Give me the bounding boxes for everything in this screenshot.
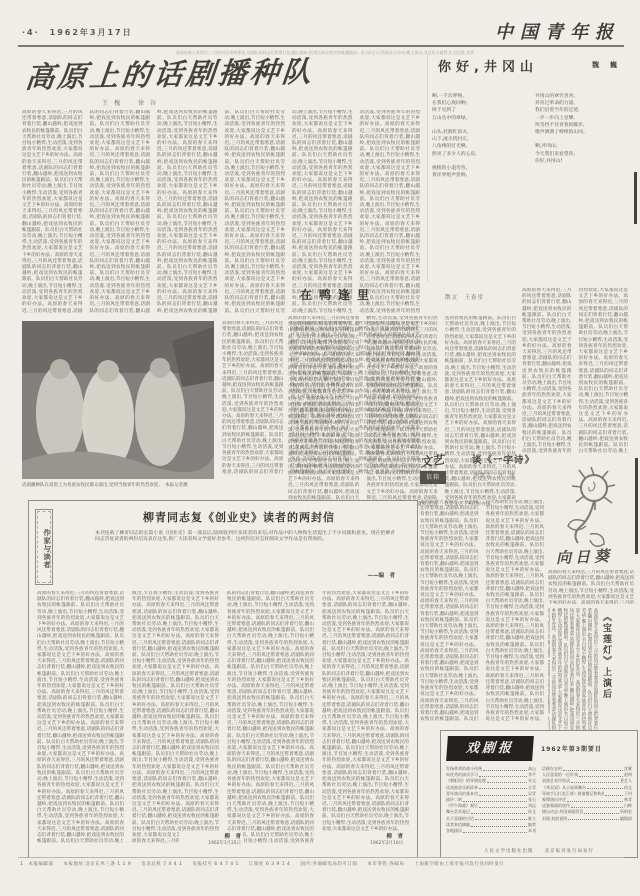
mailbox-logo: 文艺 信箱: [420, 450, 464, 490]
photo-image: [22, 321, 214, 479]
poem-body: 啊,一千次呼唤,在我们心底回响;终于见到了万山丛中的翠绿。 山头,杜鹃红似火,山…: [432, 93, 630, 281]
mailbox-article-body: 高原的春天来得迟,三月的风还带着寒意,话剧队的同志们背着行装,翻山越岭,把戏送到…: [420, 500, 544, 728]
drama-journal-footer: 人民文学出版社出版 北京报刊发行局发行: [441, 848, 637, 854]
scan-artifact-strip: [634, 172, 637, 224]
lead-article-title: 高原上的话剧播种队: [24, 49, 359, 97]
drama-toc-right: 话剧在农村沈雁人民喜爱的一出好戏赵明表演艺术经验谈老艺人《李双双》从小说到舞台何…: [542, 766, 632, 838]
vertical-feature-body: 高原的春天来得迟,三月的风还带着寒意,话剧队的同志们背着行装,翻山越岭,把戏送到…: [548, 608, 598, 730]
photo-caption: 话剧播种队在高原上为各族农牧民群众演出,受到当地青年的热烈欢迎。 本报记者摄: [22, 483, 290, 489]
editor-note: 本刊连载了柳青同志的长篇小说《创业史》第一部以后,陆续收到许多读者的来信,对作品…: [95, 531, 395, 544]
sunflower-title: 向日葵: [556, 545, 614, 568]
masthead-title: 中国青年报: [495, 18, 620, 44]
poem-author: 魏 巍: [592, 60, 619, 70]
mailbox-logo-bottom: 信箱: [420, 471, 446, 484]
page-footer-line: 1 本报编辑部 本报地址:北京东单三条 1 1 9 电话总机 7 4 4 1 电…: [20, 861, 624, 867]
letters-feature-box: 作家与读者 柳青同志复《创业史》读者的两封信 本刊连载了柳青同志的长篇小说《创业…: [28, 500, 418, 858]
right-continuation-columns: 高原的春天来得迟,三月的风还带着寒意,话剧队的同志们背着行装,翻山越岭,把戏送到…: [522, 288, 628, 456]
mailbox-logo-top: 文艺: [419, 450, 445, 470]
essay-title: 在鸭逢里: [300, 286, 376, 303]
issue-date: 1962年3月17日: [50, 28, 133, 37]
mailbox-article-title: 谈《一字诗》: [472, 452, 535, 466]
footer-rule: [18, 857, 624, 858]
scan-artifact-strip: [635, 458, 638, 554]
letter-signature-2: 柳 青 1962年2月10日: [341, 831, 405, 847]
performance-photo: [22, 321, 214, 479]
vertical-feature-title: 《宝莲灯》上演后: [600, 612, 613, 724]
drama-journal-masthead: 戏剧报: [446, 736, 534, 761]
mailbox-article-byline: 内蒙古 齐 风: [474, 472, 516, 479]
letter-date-1: 1962年1月25日: [181, 840, 241, 846]
lead-article-byline: 王槐 徐谷: [102, 98, 162, 107]
drama-journal-ad-box: 戏剧报 1962年第3期要目 发扬革命的战斗传统高山向优秀的演员学习李平《朝阳沟…: [440, 730, 638, 858]
drama-toc-left: 发扬革命的战斗传统高山向优秀的演员学习李平《朝阳沟》的导演处理亦文谈戏曲音乐的改…: [446, 766, 536, 838]
sunflower-illustration: [548, 460, 634, 556]
header-rule: [18, 45, 624, 47]
column-rule: [427, 54, 428, 282]
page-number-and-date: ·4· 1962年3月17日: [22, 27, 133, 38]
editor-signature: ——编 者: [95, 571, 395, 579]
page-number: ·4·: [22, 28, 40, 37]
column-label-writers-and-readers: 作家与读者: [35, 509, 53, 585]
poem-column-1: 啊,一千次呼唤,在我们心底回响;终于见到了万山丛中的翠绿。 山头,杜鹃红似火,山…: [432, 93, 527, 281]
essay-body: 高原的春天来得迟,三月的风还带着寒意,话剧队的同志们背着行装,翻山越岭,把戏送到…: [288, 316, 516, 514]
sunflower-note: 高原的春天来得迟,三月的风还带着寒意,话剧队的同志们背着行装,翻山越岭,把戏送到…: [548, 570, 634, 604]
drama-journal-issue: 1962年第3期要目: [541, 744, 602, 753]
letters-body: 高原的春天来得迟,三月的风还带着寒意,话剧队的同志们背着行装,翻山越岭,把戏送到…: [37, 591, 409, 847]
sunflower-drawing: [548, 460, 634, 556]
poem-column-2: 井冈山的翠竹青青,养育过革命的力量。我们沿着当年的足迹,一步一步向上登攀,风雪挡…: [535, 93, 630, 281]
letter-signature-1: 柳 青 1962年1月25日: [179, 831, 243, 847]
letters-title: 柳青同志复《创业史》读者的两封信: [69, 509, 409, 525]
letter-date-2: 1962年2月10日: [343, 840, 403, 846]
newspaper-page: { "page": {"bg": "#efede7", "ink": "#4a4…: [0, 0, 640, 896]
poem-title: 你好,井冈山: [438, 56, 538, 75]
essay-genre-author: 散文 王春堂: [445, 293, 484, 301]
